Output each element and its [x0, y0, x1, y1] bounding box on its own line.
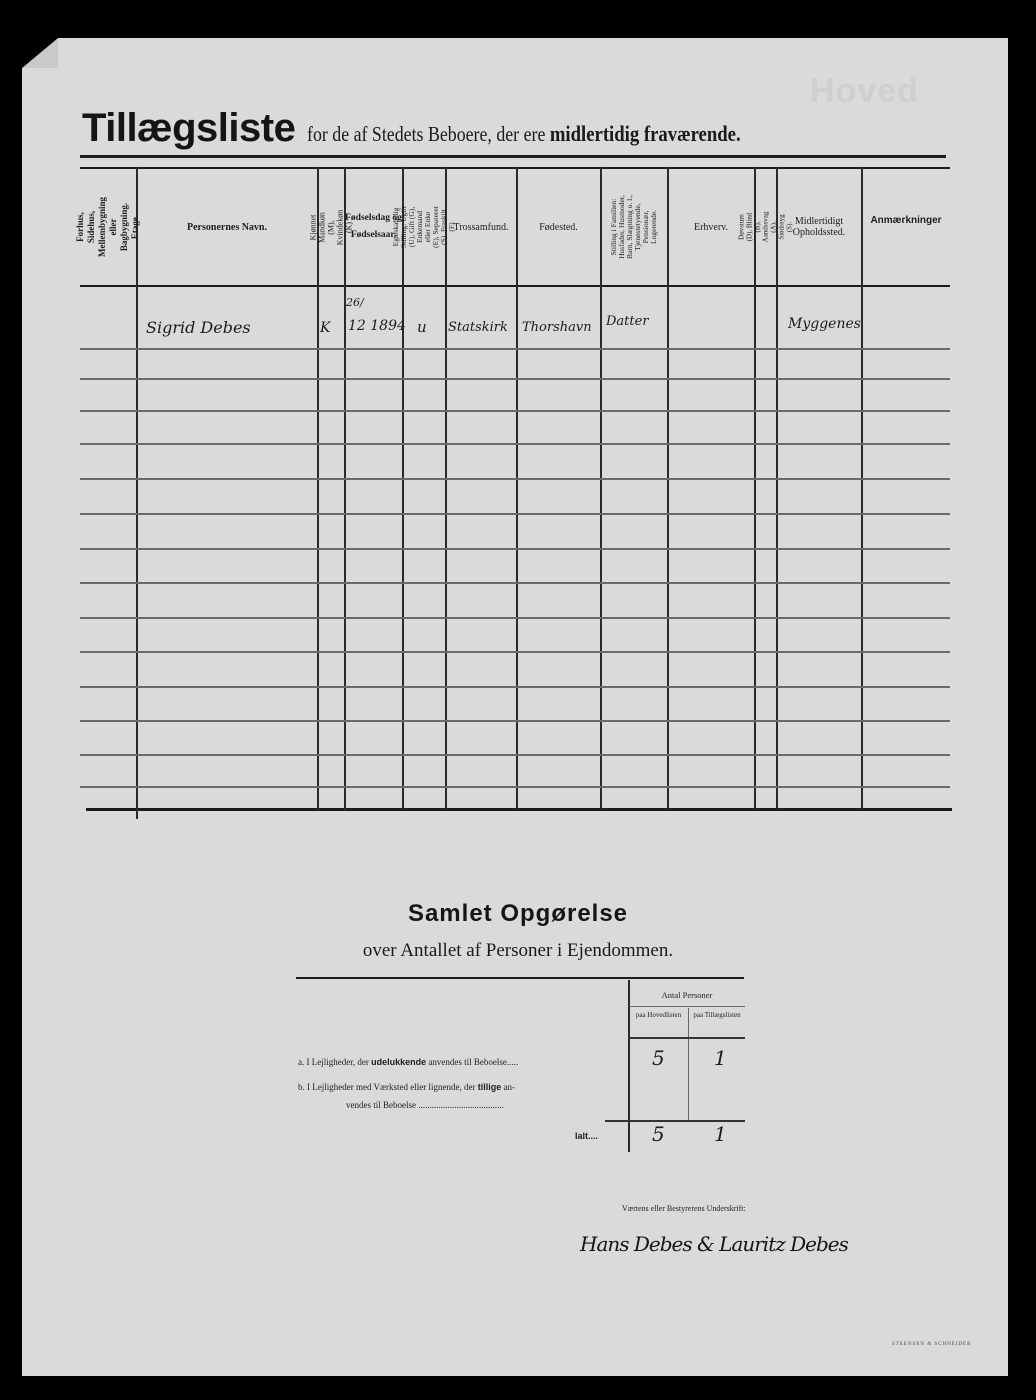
title-subtitle: for de af Stedets Beboere, der ere midle… — [307, 121, 741, 147]
line-a-main-value: 5 — [652, 1046, 665, 1070]
title-sub-bold: midlertidig fraværende. — [550, 121, 741, 146]
summary-top-rule — [296, 977, 744, 979]
header-family-role: Stilling i Familien: Husfader, Husmoder,… — [601, 170, 667, 284]
summary-total-label: Ialt.... — [575, 1131, 598, 1141]
printer-mark: STEENSEN & SCHNEIDER — [892, 1342, 971, 1347]
header-marital: Egteskabelig Stilling: Ugift (U), Gift (… — [403, 170, 445, 284]
cell-marital: u — [417, 318, 427, 336]
cell-birthplace: Thorshavn — [522, 320, 592, 335]
cell-name: Sigrid Debes — [146, 318, 251, 337]
header-religion: Trossamfund. — [446, 170, 516, 284]
row-line — [80, 443, 950, 445]
cell-family-role: Datter — [606, 314, 649, 329]
total-label: Ialt.... — [575, 1131, 598, 1141]
header-sex: Kjønnet Mandkøn (M), Kvindekøn (K) — [318, 170, 344, 284]
summary-subtitle: over Antallet af Personer i Ejendommen. — [0, 940, 1036, 962]
header-building-label: Forhus, Sidehus, Mellembygning eller Bag… — [75, 197, 141, 257]
line-a-suffix: anvendes til Beboelse..... — [428, 1057, 518, 1067]
cell-religion: Statskirk — [448, 320, 508, 335]
row-line — [80, 754, 950, 756]
line-b-bold: tillige — [478, 1082, 502, 1092]
line-a-prefix: a. I Lejligheder, der — [298, 1057, 369, 1067]
header-name: Personernes Navn. — [137, 170, 317, 284]
line-a-bold: udelukkende — [371, 1057, 426, 1067]
summary-col-supp: paa Tillægslisten — [689, 1011, 745, 1020]
row-line — [80, 582, 950, 584]
cell-temp-residence: Myggenes — [788, 316, 861, 332]
summary-line-b-cont: vendes til Beboelse ....................… — [346, 1100, 504, 1110]
title-main: Tillægsliste — [82, 106, 295, 150]
header-top-rule — [80, 167, 950, 169]
cell-birth-month-year: 12 1894 — [348, 318, 406, 334]
row-line — [80, 548, 950, 550]
header-religion-label: Trossamfund. — [454, 222, 509, 233]
row-line — [80, 720, 950, 722]
table-bottom-rule — [86, 808, 952, 811]
row-line — [80, 513, 950, 515]
summary-header-rule — [629, 1037, 745, 1039]
total-supp-value: 1 — [714, 1122, 727, 1146]
header-family-role-label: Stilling i Familien: Husfader, Husmoder,… — [610, 194, 658, 260]
row-line — [80, 686, 950, 688]
table-top-rule — [80, 155, 946, 158]
form-title: Tillægsliste for de af Stedets Beboere, … — [82, 106, 952, 151]
header-temp-residence-label: Midlertidigt Opholdssted. — [777, 216, 861, 238]
row-line — [80, 478, 950, 480]
summary-header-group: Antal Personer — [629, 990, 745, 1000]
header-name-label: Personernes Navn. — [187, 222, 267, 233]
header-disability: Døvstum (D), Blind (B), Aandssvag (A), S… — [755, 170, 776, 284]
signature: Hans Debes & Lauritz Debes — [580, 1232, 848, 1256]
header-remarks: Anmærkninger — [862, 170, 950, 270]
summary-col-divider — [688, 1008, 689, 1120]
folded-corner-icon — [22, 38, 82, 98]
row-line — [80, 410, 950, 412]
cell-birth-day: 26/ — [346, 296, 364, 309]
summary-line-a: a. I Lejligheder, der udelukkende anvend… — [298, 1057, 518, 1067]
header-temp-residence: Midlertidigt Opholdssted. — [777, 170, 861, 284]
line-a-supp-value: 1 — [714, 1046, 727, 1070]
signature-label: Værtens eller Bestyrerens Underskrift: — [622, 1204, 746, 1213]
row-line — [80, 617, 950, 619]
header-occupation-label: Erhverv. — [694, 222, 728, 233]
line-b-prefix: b. I Lejligheder med Værksted eller lign… — [298, 1082, 476, 1092]
row-line — [80, 786, 950, 788]
row-line — [80, 348, 950, 350]
summary-title: Samlet Opgørelse — [0, 900, 1036, 928]
header-building: Forhus, Sidehus, Mellembygning eller Bag… — [80, 170, 136, 284]
row-line — [80, 378, 950, 380]
header-remarks-label: Anmærkninger — [870, 215, 941, 226]
total-main-value: 5 — [652, 1122, 665, 1146]
summary-col-main: paa Hovedlisten — [629, 1011, 688, 1020]
summary-line-b: b. I Lejligheder med Værksted eller lign… — [298, 1082, 515, 1092]
cell-sex: K — [320, 320, 330, 336]
header-birthplace: Fødested. — [517, 170, 600, 284]
title-sub-regular: for de af Stedets Beboere, der ere — [307, 122, 545, 146]
header-bottom-rule — [80, 285, 950, 287]
line-b-suffix: an- — [504, 1082, 516, 1092]
header-birthplace-label: Fødested. — [539, 222, 578, 233]
row-line — [80, 651, 950, 653]
summary-header-line — [629, 1006, 745, 1007]
